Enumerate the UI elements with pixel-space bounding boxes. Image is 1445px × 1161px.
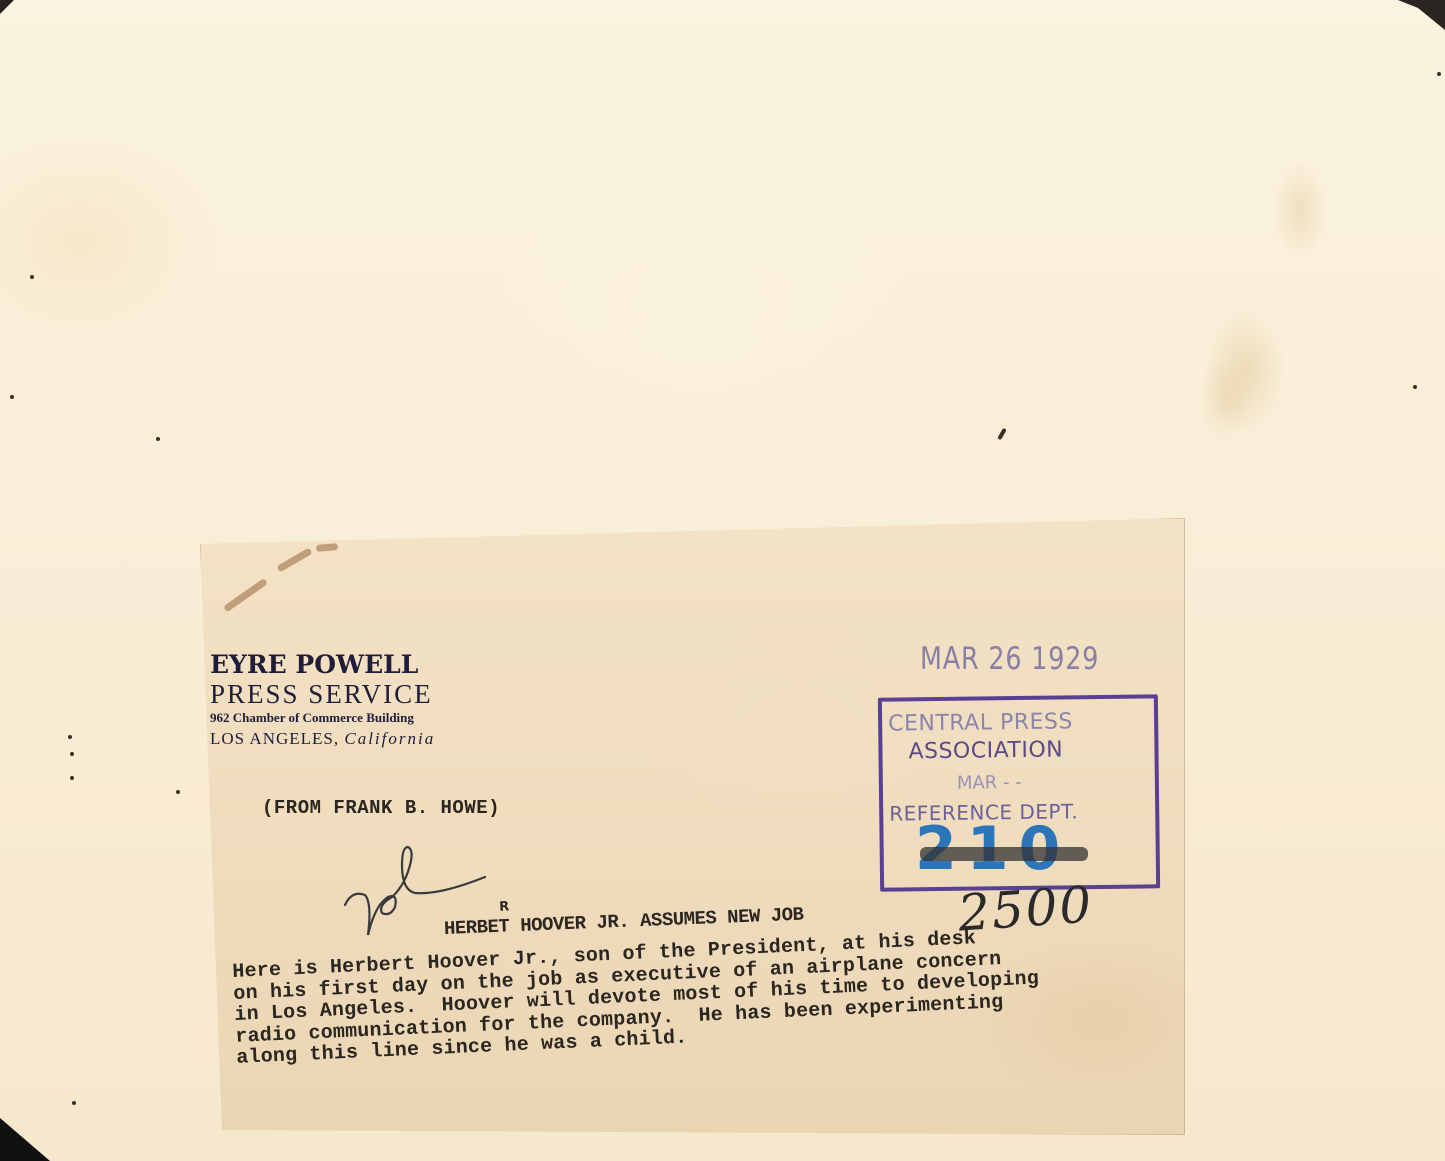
stamp-line-1: CENTRAL PRESS <box>888 709 1073 736</box>
agency-address: 962 Chamber of Commerce Building <box>210 708 460 728</box>
paper-speck <box>70 776 74 780</box>
paper-speck <box>176 790 180 794</box>
source-line: (FROM FRANK B. HOWE) <box>262 797 500 819</box>
paper-speck <box>72 1101 76 1105</box>
paper-speck <box>70 752 74 756</box>
paper-speck <box>1437 72 1441 76</box>
agency-service: PRESS SERVICE <box>210 680 460 708</box>
paper-speck <box>30 275 34 279</box>
paper-speck <box>1413 385 1417 389</box>
agency-name: EYRE POWELL <box>210 650 460 680</box>
letterhead: EYRE POWELL PRESS SERVICE 962 Chamber of… <box>210 650 460 750</box>
stamp-line-3: MAR - - <box>957 772 1022 794</box>
paper-speck <box>156 437 160 441</box>
paper-speck <box>68 735 72 739</box>
received-date-stamp: MAR 26 1929 <box>920 641 1099 677</box>
handwritten-correction: R <box>499 899 509 914</box>
city: LOS ANGELES, <box>210 729 339 748</box>
strike-through-mark <box>920 847 1088 861</box>
agency-city: LOS ANGELES, California <box>210 728 460 750</box>
stamp-line-2: ASSOCIATION <box>908 737 1063 764</box>
headline-start: HERBET <box>444 915 510 940</box>
state: California <box>344 729 435 748</box>
paper-speck <box>10 395 14 399</box>
